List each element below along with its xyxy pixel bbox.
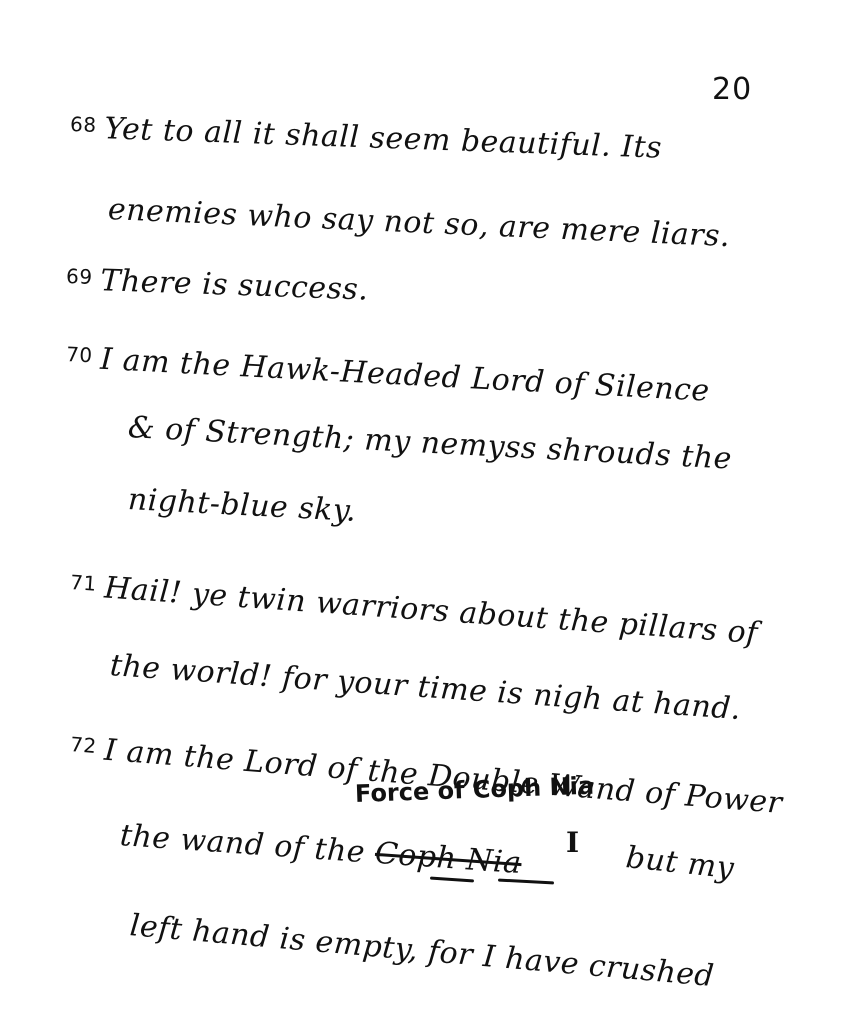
verse-70-line-2: & of Strength; my nemyss shrouds the — [127, 410, 733, 477]
verse-text: the world! for your time is nigh at hand… — [109, 648, 742, 727]
verse-text: Yet to all it shall seem beautiful. Its — [104, 111, 663, 165]
verse-text: but my — [624, 840, 736, 886]
verse-text: & of Strength; my nemyss shrouds the — [127, 410, 733, 477]
verse-text: left hand is empty, for I have crushed — [128, 908, 715, 994]
verse-text: the wand of the — [119, 818, 366, 870]
verse-71-line-1: 71Hail! ye twin warriors about the pilla… — [69, 568, 759, 651]
underline-mark — [498, 879, 554, 885]
verse-71-line-2: the world! for your time is nigh at hand… — [109, 648, 742, 727]
manuscript-page: 20 68Yet to all it shall seem beautiful.… — [0, 0, 857, 1024]
verse-text: Hail! ye twin warriors about the pillars… — [103, 570, 759, 651]
verse-number: 72 — [69, 732, 97, 758]
verse-69-line-1: 69There is success. — [65, 262, 369, 308]
verse-text: There is success. — [100, 263, 369, 307]
verse-text: I am the Hawk-Headed Lord of Silence — [99, 342, 710, 409]
verse-72-line-3: left hand is empty, for I have crushed — [128, 908, 715, 994]
page-number: 20 — [712, 72, 752, 107]
struck-out-word: Coph Nia — [374, 836, 523, 881]
verse-72-line-2: the wand of the Coph Nia — [119, 818, 523, 881]
insertion-mark: I — [566, 826, 579, 859]
verse-number: 71 — [69, 570, 97, 596]
verse-72-line-2b: but my — [624, 840, 736, 886]
verse-text: night-blue sky. — [127, 482, 357, 529]
verse-68-line-1: 68Yet to all it shall seem beautiful. It… — [69, 110, 662, 166]
verse-68-line-2: enemies who say not so, are mere liars. — [107, 192, 731, 254]
verse-70-line-1: 70I am the Hawk-Headed Lord of Silence — [65, 340, 710, 409]
verse-number: 68 — [70, 112, 97, 137]
verse-70-line-3: night-blue sky. — [127, 482, 357, 529]
verse-text: enemies who say not so, are mere liars. — [107, 192, 731, 254]
verse-number: 70 — [66, 342, 94, 367]
verse-72-line-1: 72I am the Lord of the Double Wand of Po… — [69, 730, 784, 821]
verse-number: 69 — [66, 264, 93, 289]
